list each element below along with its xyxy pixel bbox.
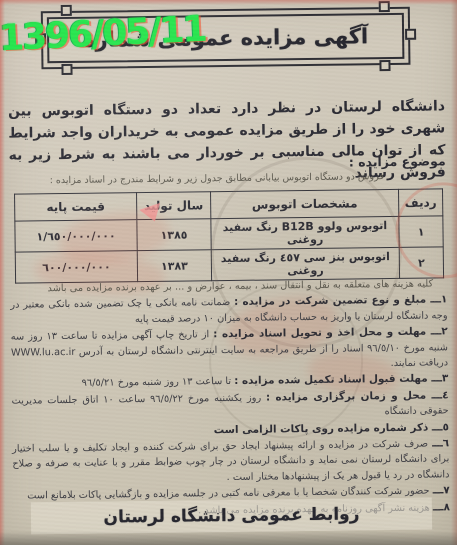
cell-bus-spec: اتوبوس بنز سی ٤٥٧ رنگ سفید روغنی [211, 247, 399, 280]
cell-production-year: ١٣٨٣ [137, 250, 211, 282]
frame-corner-ornament [61, 64, 72, 75]
cell-row-number: ١ [399, 216, 443, 248]
table-header-row: ردیف مشخصات اتوبوس سال تولید قیمت پایه [15, 189, 443, 221]
condition-text: صرف شرکت در مزایده و ارائه پیشنهاد ایجاد… [12, 439, 449, 483]
header-base-price: قیمت پایه [15, 193, 137, 221]
header-row-number: ردیف [398, 189, 442, 217]
condition-label: ٣ـــ مهلت قبول اسناد تکمیل شده مزایده : [234, 373, 448, 388]
scan-edge-top [0, 0, 457, 5]
scan-edge-left [0, 0, 5, 545]
condition-label: ٦ـــ [432, 437, 449, 449]
condition-label: ٤ـــ محل و زمان برگزاری مزایده : [266, 389, 449, 403]
subject-label: موضوع مزایده : [349, 153, 446, 169]
scan-shadow-bottom [0, 531, 457, 545]
header-bus-spec: مشخصات اتوبوس [211, 189, 399, 218]
scan-edge-right [451, 0, 457, 545]
header-production-year: سال تولید [137, 192, 211, 220]
condition-label: ٢ـــ مهلت و محل اخذ و تحویل اسناد مزایده… [213, 326, 448, 341]
conditions-list: کلیه هزینه های متعلقه به نقل و انتقال سن… [10, 276, 450, 521]
condition-item-4: ٤ـــ محل و زمان برگزاری مزایده : روز یکش… [11, 388, 448, 424]
condition-label: ١ـــ مبلغ و نوع تضمین شرکت در مزایده : [234, 294, 447, 309]
scan-content: آگهی مزایده عمومی شماره 1396/05/11 دانشگ… [0, 0, 457, 545]
frame-side-ornament [405, 29, 416, 40]
footer-band: روابط عمومی دانشگاه لرستان [31, 498, 432, 535]
condition-item-6: ٦ـــ صرف شرکت در مزایده و ارائه پیشنهاد … [12, 436, 450, 488]
cell-bus-spec: اتوبوس ولوو B12B رنگ سفید روغنی [211, 216, 399, 249]
condition-item-2: ٢ـــ مهلت و محل اخذ و تحویل اسناد مزایده… [11, 325, 449, 377]
cell-base-price: ٦٠٠/٠٠٠/٠٠٠ [15, 251, 137, 283]
condition-label: ٥ـــ ذکر شماره مزایده روی پاکات الزامی ا… [214, 421, 449, 436]
cell-base-price: ١/٦٥٠/٠٠٠/٠٠٠ [15, 220, 137, 252]
condition-item-1: ١ـــ مبلغ و نوع تضمین شرکت در مزایده : ض… [10, 293, 447, 329]
bus-spec-table: ردیف مشخصات اتوبوس سال تولید قیمت پایه ١… [14, 188, 444, 283]
frame-corner-ornament [379, 60, 390, 71]
condition-label: ٧ـــ [433, 485, 450, 497]
public-relations-signature: روابط عمومی دانشگاه لرستان [103, 504, 359, 527]
condition-label: ٨ـــ [433, 501, 450, 513]
scanned-auction-notice: آگهی مزایده عمومی شماره 1396/05/11 دانشگ… [0, 0, 457, 545]
cell-row-number: ٢ [399, 247, 443, 279]
condition-text: تا ساعت ١٣ روز شنبه مورخ ٩٦/٥/٢١ [82, 376, 232, 389]
